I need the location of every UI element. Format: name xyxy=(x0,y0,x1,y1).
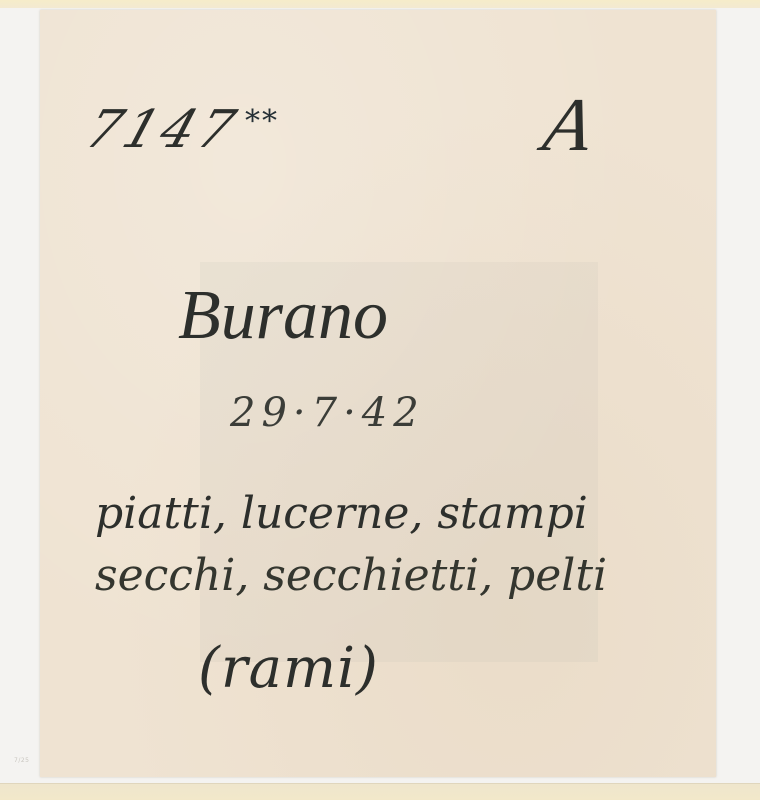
items-line-3: (rami) xyxy=(198,636,379,701)
catalog-stars: ** xyxy=(245,104,279,139)
series-letter: A xyxy=(537,82,600,169)
mount-bottom-strip xyxy=(0,783,760,800)
catalog-number: 7147 xyxy=(78,100,246,160)
items-line-1: piatti, lucerne, stampi xyxy=(95,488,588,539)
mount-mark: 7/25 xyxy=(14,757,29,764)
date: 29·7·42 xyxy=(230,390,425,436)
index-card: 7147 ** A Burano 29·7·42 piatti, lucerne… xyxy=(40,10,716,777)
items-line-2: secchi, secchietti, pelti xyxy=(95,550,607,601)
mount-top-strip xyxy=(0,0,760,8)
place-name: Burano xyxy=(178,276,388,356)
